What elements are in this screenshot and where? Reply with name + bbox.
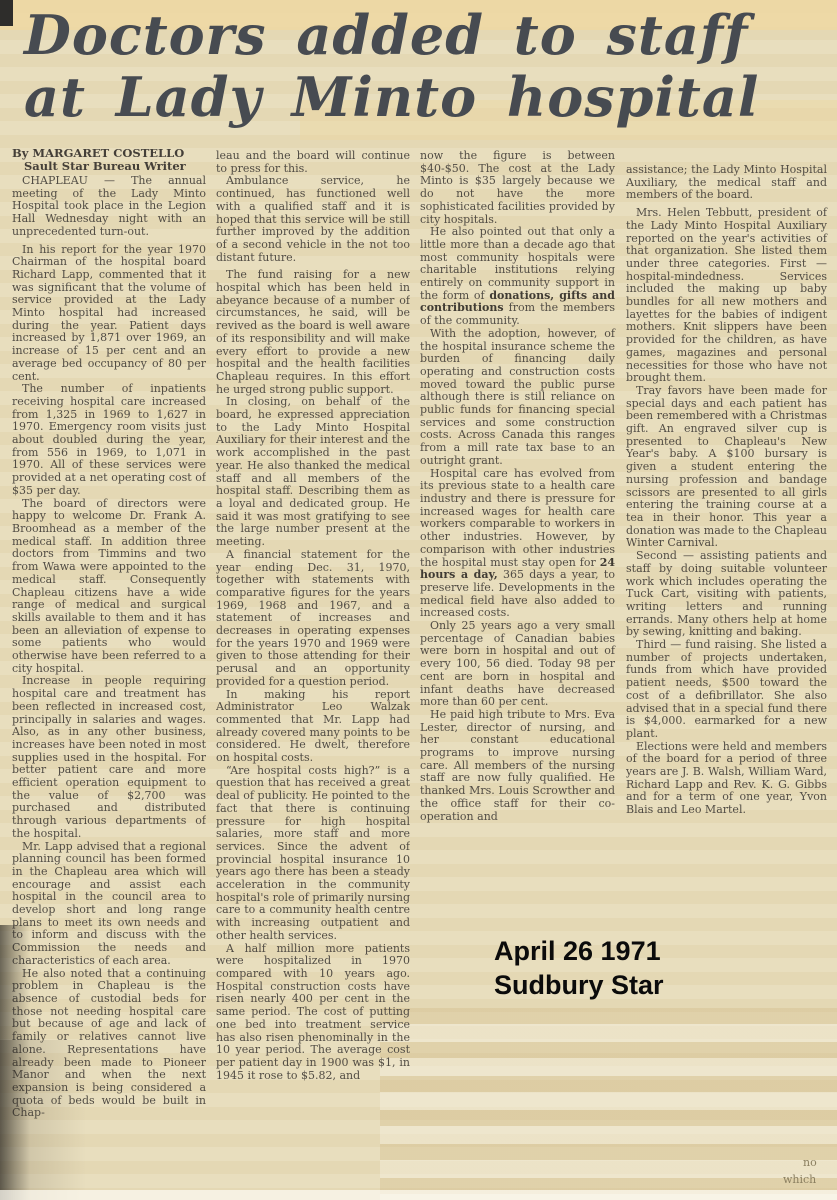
article-paragraph: Elections were held and members of the b… bbox=[626, 741, 827, 817]
article-paragraph: Third — fund raising. She listed a numbe… bbox=[626, 639, 827, 741]
article-paragraph: The number of inpatients receiving hospi… bbox=[12, 383, 206, 497]
article-paragraph: With the adoption, however, of the hospi… bbox=[420, 328, 615, 468]
article-paragraph: Tray favors have been made for special d… bbox=[626, 385, 827, 550]
byline-role: Sault Star Bureau Writer bbox=[12, 160, 206, 173]
article-paragraph: In his report for the year 1970 Chairman… bbox=[12, 244, 206, 384]
article-paragraph: “Are hospital costs high?” is a question… bbox=[216, 765, 410, 943]
article-paragraph: Mrs. Helen Tebbutt, president of the Lad… bbox=[626, 207, 827, 385]
article-paragraph: In closing, on behalf of the board, he e… bbox=[216, 396, 410, 548]
paper-edge-band bbox=[0, 1190, 837, 1200]
article-paragraph: A financial statement for the year endin… bbox=[216, 549, 410, 689]
article-paragraph: assistance; the Lady Minto Hospital Auxi… bbox=[626, 164, 827, 202]
article-paragraph: He also pointed out that only a little m… bbox=[420, 226, 615, 328]
article-paragraph: Mr. Lapp advised that a regional plannin… bbox=[12, 841, 206, 968]
article-paragraph: The fund raising for a new hospital whic… bbox=[216, 269, 410, 396]
byline: By MARGARET COSTELLO Sault Star Bureau W… bbox=[12, 147, 206, 173]
article-paragraph: leau and the board will continue to pres… bbox=[216, 150, 410, 175]
annotation-source: Sudbury Star bbox=[494, 968, 664, 1002]
newspaper-clipping: Doctors added to staffat Lady Minto hosp… bbox=[0, 0, 837, 1200]
article-paragraph: Ambulance service, he continued, has fun… bbox=[216, 175, 410, 264]
corner-ink-mark bbox=[0, 0, 13, 26]
headline-line-1: Doctors added to staff bbox=[24, 3, 748, 67]
headline-line-2: at Lady Minto hospital bbox=[24, 65, 759, 129]
article-column-3: now the figure is between $40-$50. The c… bbox=[420, 150, 615, 823]
article-paragraph: Hospital care has evolved from its previ… bbox=[420, 468, 615, 620]
annotation-date: April 26 1971 bbox=[494, 934, 664, 968]
article-paragraph: In making his report Administrator Leo W… bbox=[216, 689, 410, 765]
article-paragraph: A half million more patients were hospit… bbox=[216, 943, 410, 1083]
article-column-2: leau and the board will continue to pres… bbox=[216, 150, 410, 1200]
article-paragraph: CHAPLEAU — The annual meeting of the Lad… bbox=[12, 175, 206, 239]
margin-text-fragment: no bbox=[803, 1156, 817, 1169]
article-paragraph: Only 25 years ago a very small percentag… bbox=[420, 620, 615, 709]
scan-shadow bbox=[0, 925, 30, 1200]
scan-streaks bbox=[380, 1008, 837, 1200]
article-column-4: assistance; the Lady Minto Hospital Auxi… bbox=[626, 164, 827, 817]
article-paragraph: The board of directors were happy to wel… bbox=[12, 498, 206, 676]
date-annotation: April 26 1971 Sudbury Star bbox=[494, 934, 664, 1002]
headline: Doctors added to staffat Lady Minto hosp… bbox=[24, 4, 759, 128]
article-paragraph: now the figure is between $40-$50. The c… bbox=[420, 150, 615, 226]
article-paragraph: He paid high tribute to Mrs. Eva Lester,… bbox=[420, 709, 615, 823]
article-paragraph: Second — assisting patients and staff by… bbox=[626, 550, 827, 639]
article-paragraph: Increase in people requiring hospital ca… bbox=[12, 675, 206, 840]
margin-text-fragment: which bbox=[783, 1173, 816, 1186]
